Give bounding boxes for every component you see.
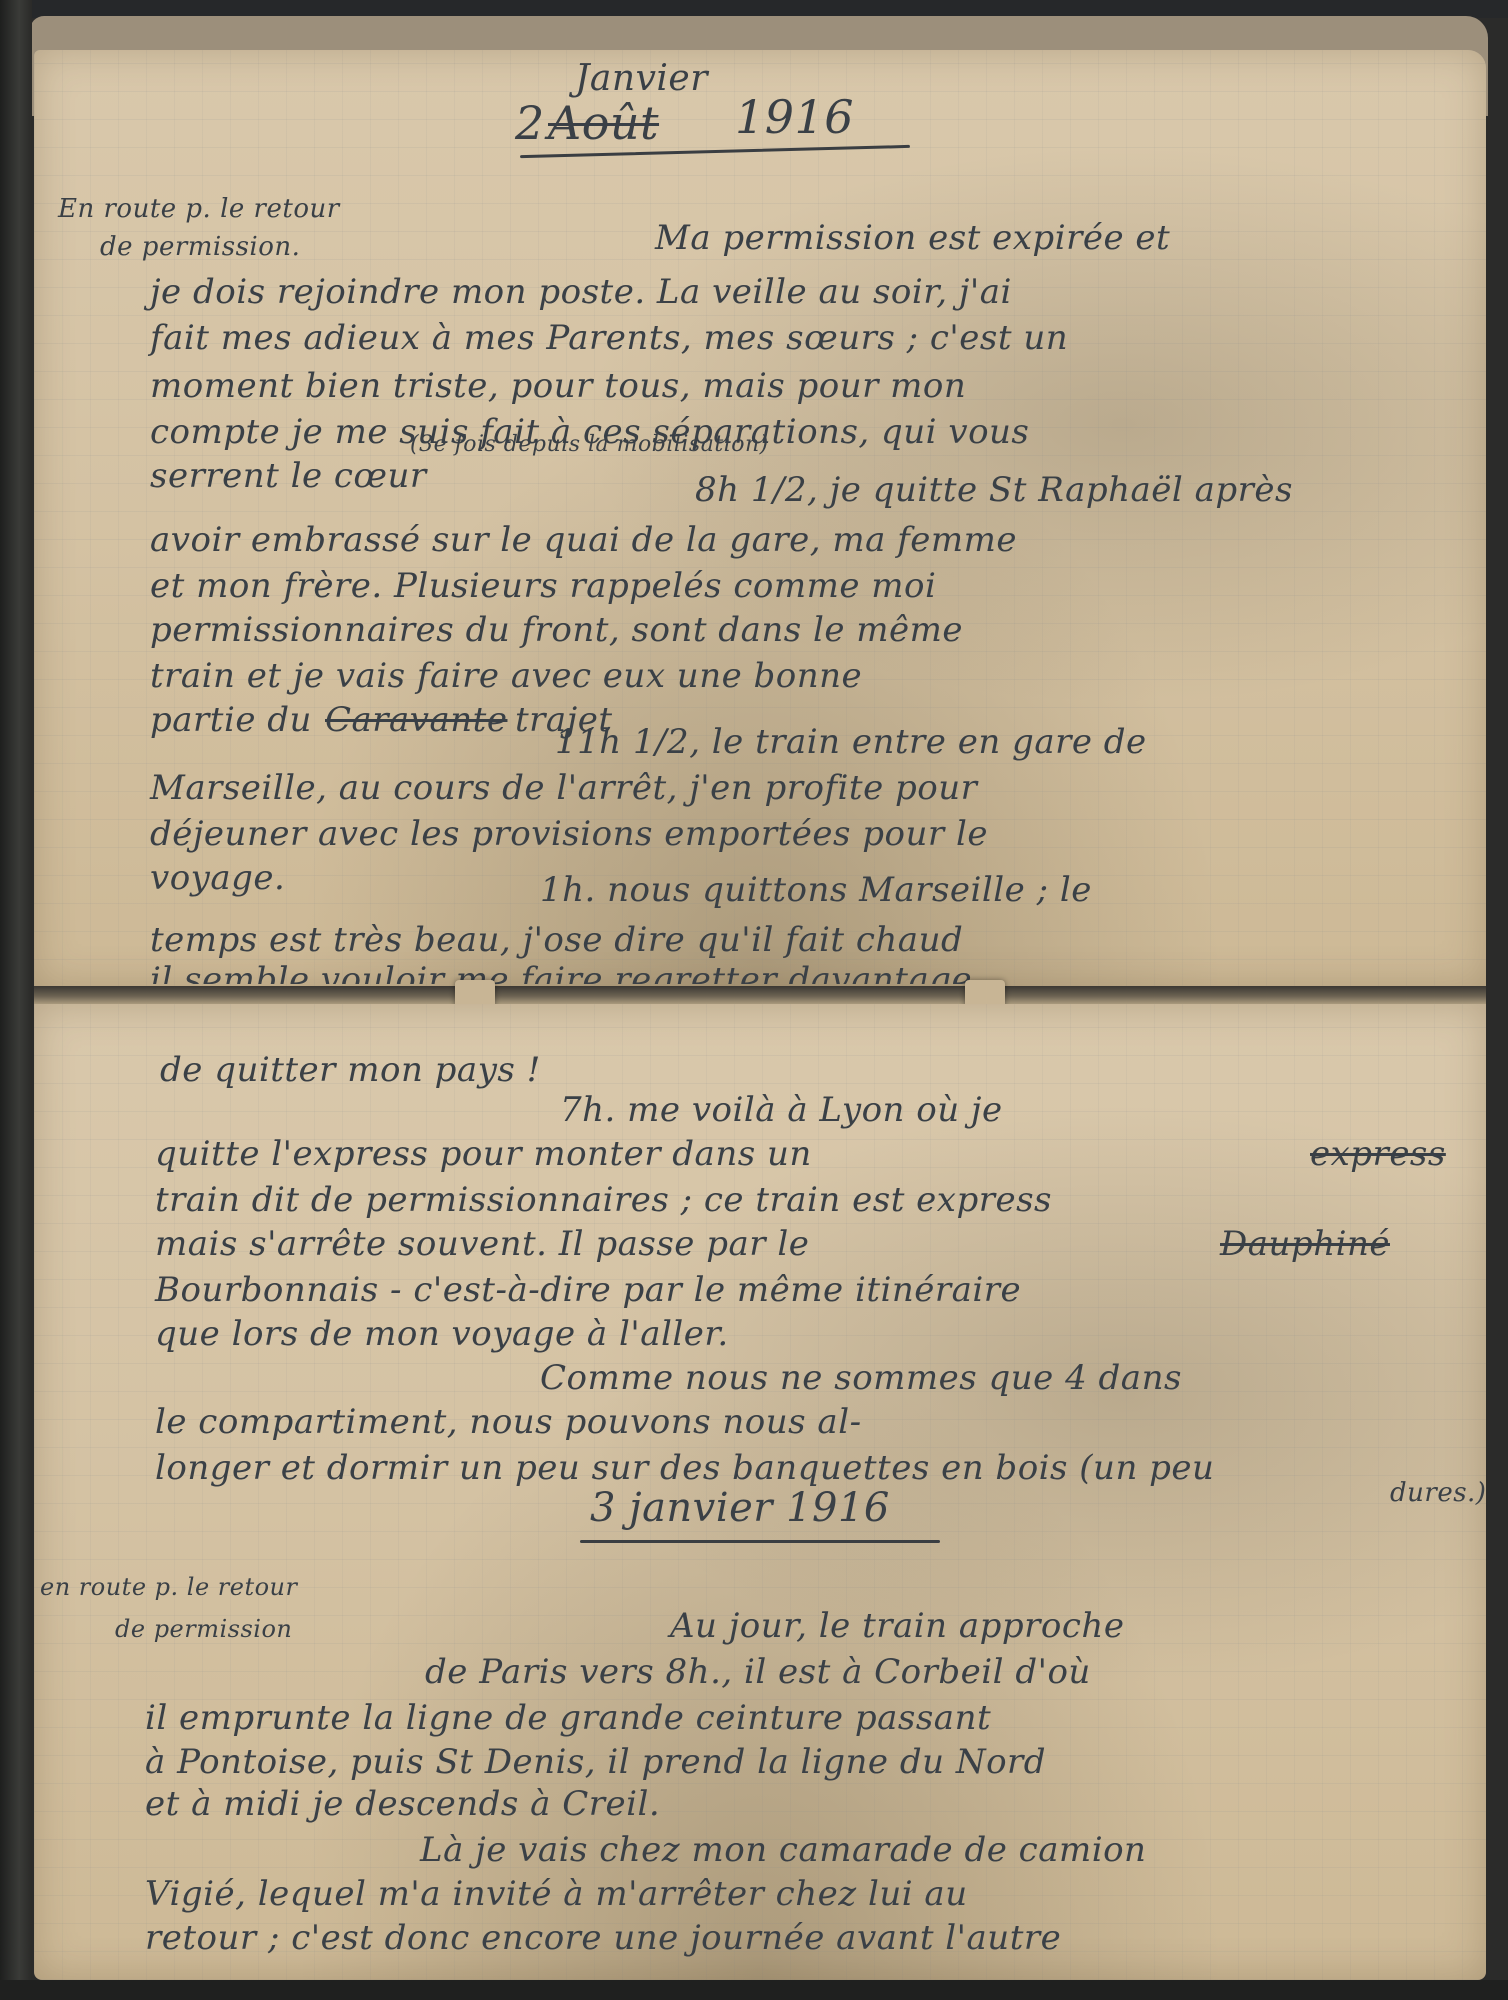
text-line: 8h 1/2, je quitte St Raphaël après <box>695 470 1293 510</box>
text-line: Là je vais chez mon camarade de camion <box>420 1830 1146 1870</box>
text-line: train et je vais faire avec eux une bonn… <box>150 656 862 696</box>
text-line: train dit de permissionnaires ; ce train… <box>155 1180 1052 1220</box>
entry2-margin-note-line-2: de permission <box>115 1610 292 1648</box>
text-line: et à midi je descends à Creil. <box>145 1784 660 1824</box>
text-line: 7h. me voilà à Lyon où je <box>560 1090 1003 1130</box>
text-line: de quitter mon pays ! <box>160 1050 541 1090</box>
struck-word: Caravante <box>325 700 507 740</box>
text-line: retour ; c'est donc encore une journée a… <box>145 1918 1061 1958</box>
text-line: il emprunte la ligne de grande ceinture … <box>145 1698 991 1738</box>
text-line: 11h 1/2, le train entre en gare de <box>555 722 1147 762</box>
text-line: Vigié, lequel m'a invité à m'arrêter che… <box>145 1874 968 1914</box>
text-line: serrent le cœur <box>150 456 427 496</box>
text-line: Au jour, le train approche <box>670 1606 1124 1646</box>
page-fold <box>34 986 1486 1006</box>
text-line: déjeuner avec les provisions emportées p… <box>150 814 988 854</box>
entry2-margin-note-line-1: en route p. le retour <box>40 1568 297 1606</box>
text-line: je dois rejoindre mon poste. La veille a… <box>150 272 1012 312</box>
text-line: à Pontoise, puis St Denis, il prend la l… <box>145 1742 1046 1782</box>
text-line: partie du <box>150 700 312 740</box>
date-struck-month: Août <box>548 96 659 150</box>
text-line: Bourbonnais - c'est-à-dire par le même i… <box>155 1270 1021 1310</box>
date-correction: Janvier <box>575 58 708 99</box>
struck-word: express <box>1310 1134 1446 1174</box>
text-line: quitte l'express pour monter dans un <box>155 1134 812 1174</box>
text-line: Marseille, au cours de l'arrêt, j'en pro… <box>150 768 977 808</box>
text-line: longer et dormir un peu sur des banquett… <box>155 1448 1214 1488</box>
notebook: Janvier 2 Août 1916 En route p. le retou… <box>0 0 1508 2000</box>
text-line: Comme nous ne sommes que 4 dans <box>540 1358 1182 1398</box>
entry2-date: 3 janvier 1916 <box>590 1485 890 1531</box>
text-line: Ma permission est expirée et <box>655 218 1170 258</box>
margin-note-line-1: En route p. le retour <box>58 190 340 228</box>
background-left <box>0 0 32 2000</box>
entry2-date-underline <box>580 1540 940 1543</box>
date-year: 1916 <box>735 90 854 144</box>
margin-note-line-2: de permission. <box>100 228 300 266</box>
text-line: le compartiment, nous pouvons nous al- <box>155 1402 862 1442</box>
text-line: permissionnaires du front, sont dans le … <box>150 610 963 650</box>
background-bottom <box>0 1980 1508 2000</box>
text-line: et mon frère. Plusieurs rappelés comme m… <box>150 566 936 606</box>
text-line: que lors de mon voyage à l'aller. <box>155 1314 729 1354</box>
text-line: fait mes adieux à mes Parents, mes sœurs… <box>150 318 1068 358</box>
text-line: mais s'arrête souvent. Il passe par le <box>155 1224 809 1264</box>
struck-word: Dauphiné <box>1220 1224 1390 1264</box>
text-line: voyage. <box>150 858 285 898</box>
text-line: temps est très beau, j'ose dire qu'il fa… <box>150 920 963 960</box>
text-line: de Paris vers 8h., il est à Corbeil d'où <box>425 1652 1091 1692</box>
text-line: avoir embrassé sur le quai de la gare, m… <box>150 520 1017 560</box>
parenthetical-note: (3e fois depuis la mobilisation) <box>410 432 769 457</box>
text-line: moment bien triste, pour tous, mais pour… <box>150 366 966 406</box>
text-line: dures.) <box>1390 1478 1486 1508</box>
date-day: 2 <box>515 96 545 150</box>
text-line: 1h. nous quittons Marseille ; le <box>540 870 1092 910</box>
